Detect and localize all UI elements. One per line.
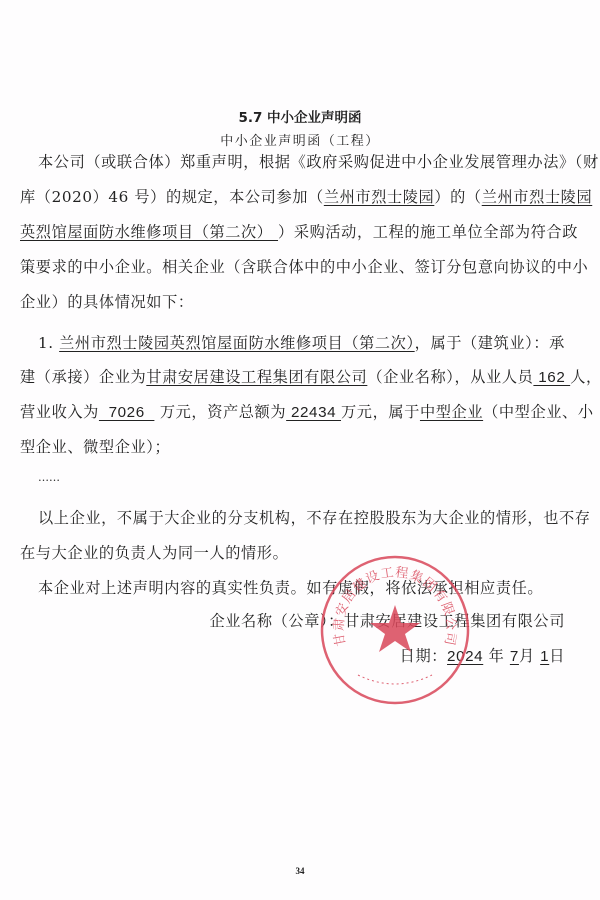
item1-number: 1.	[38, 334, 54, 352]
ellipsis: ……	[38, 468, 598, 488]
paragraph1-line3-suffix: ）采购活动，工程的施工单位全部为符合政	[278, 223, 578, 241]
item1-line2-prefix: 建（承接）企业为	[20, 368, 146, 386]
paragraph2-line2: 在与大企业的负责人为同一人的情形。	[20, 543, 580, 563]
date-label: 日期：	[400, 647, 447, 665]
item1-line2: 建（承接）企业为甘肃安居建设工程集团有限公司（企业名称），从业人员 162 人，	[20, 367, 580, 388]
document-page: 5.7 中小企业声明函 中小企业声明函（工程） 本公司（或联合体）郑重声明，根据…	[0, 0, 600, 900]
section-title: 5.7 中小企业声明函	[0, 106, 600, 126]
item1-line3-suffix: （中型企业、小	[483, 403, 594, 421]
employee-unit: 人，	[570, 368, 600, 386]
paragraph1-line2-mid: ）的（	[434, 188, 481, 206]
paragraph1-line4: 策要求的中小企业。相关企业（含联合体中的中小企业、签订分包意向协议的中小	[20, 257, 580, 277]
item1-line1: 1. 兰州市烈士陵园英烈馆屋面防水维修项目（第二次），属于（建筑业）：承	[38, 333, 598, 353]
item1-line3-mid2: 万元，属于	[341, 403, 420, 421]
enterprise-type: 中型企业	[420, 403, 483, 421]
item1-line3-prefix: 营业收入为	[20, 403, 99, 421]
paragraph3: 本企业对上述声明内容的真实性负责。如有虚假，将依法承担相应责任。	[38, 578, 598, 598]
date-month: 7	[510, 648, 519, 665]
purchaser-name: 兰州市烈士陵园	[324, 188, 435, 206]
document-subtitle: 中小企业声明函（工程）	[0, 130, 600, 149]
project-name-part1: 兰州市烈士陵园	[482, 188, 593, 206]
signature-label: 企业名称（公章）：	[209, 612, 344, 630]
date-month-unit: 月	[519, 647, 540, 665]
item1-industry: ，属于（建筑业）：承	[415, 334, 565, 352]
page-number: 34	[0, 866, 600, 876]
item1-project-name: 兰州市烈士陵园英烈馆屋面防水维修项目（第二次）	[59, 334, 415, 352]
signature-company: 甘肃安居建设工程集团有限公司	[344, 612, 565, 630]
item1-line4: 型企业、微型企业）；	[20, 437, 580, 457]
contractor-company-name: 甘肃安居建设工程集团有限公司	[146, 368, 367, 386]
signature-date-line: 日期：2024 年 7月 1日	[400, 646, 565, 667]
total-assets-value: 22434	[286, 404, 341, 421]
paragraph1-line2-prefix: 库（2020）46 号）的规定，本公司参加（	[20, 188, 324, 206]
date-day-unit: 日	[549, 647, 565, 665]
paragraph1-line1: 本公司（或联合体）郑重声明，根据《政府采购促进中小企业发展管理办法》（财	[38, 152, 598, 172]
date-year: 2024	[447, 648, 483, 665]
date-year-unit: 年	[483, 647, 510, 665]
paragraph1-line2: 库（2020）46 号）的规定，本公司参加（兰州市烈士陵园）的（兰州市烈士陵园	[20, 187, 580, 207]
item1-line2-mid: （企业名称），从业人员	[367, 368, 533, 386]
project-name-part2: 英烈馆屋面防水维修项目（第二次）	[20, 223, 278, 241]
date-day: 1	[540, 648, 549, 665]
paragraph1-line5: 企业）的具体情况如下：	[20, 292, 580, 312]
item1-line3: 营业收入为 7026 万元，资产总额为 22434 万元，属于中型企业（中型企业…	[20, 402, 580, 423]
signature-company-line: 企业名称（公章）：甘肃安居建设工程集团有限公司	[209, 611, 565, 631]
paragraph1-line3: 英烈馆屋面防水维修项目（第二次） ）采购活动，工程的施工单位全部为符合政	[20, 222, 580, 242]
employee-count: 162	[533, 369, 570, 386]
item1-line3-mid: 万元，资产总额为	[154, 403, 286, 421]
revenue-value: 7026	[99, 404, 154, 421]
paragraph2-line1: 以上企业，不属于大企业的分支机构，不存在控股股东为大企业的情形，也不存	[38, 508, 598, 528]
